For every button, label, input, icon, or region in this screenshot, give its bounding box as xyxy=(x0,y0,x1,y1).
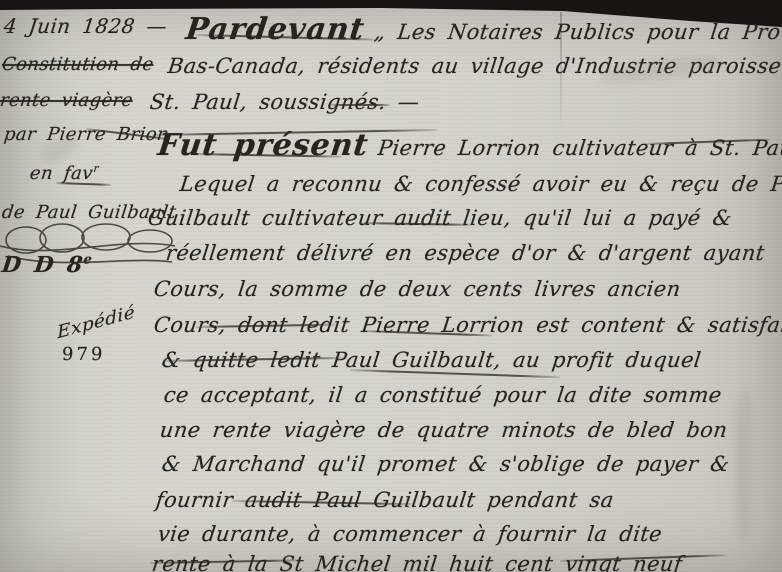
bleed-smudge xyxy=(736,390,752,540)
body-line-13: & Marchand qu'il promet & s'oblige de pa… xyxy=(161,452,731,476)
body-line-3: St. Paul, soussignés. — xyxy=(149,90,421,114)
body-line-5: Lequel a reconnu & confessé avoir eu & r… xyxy=(179,172,782,196)
margin-title-line2: rente viagère xyxy=(0,90,134,111)
margin-title-line1: Constitution de xyxy=(1,54,155,75)
manuscript-page: 4 Juin 1828 — Constitution de rente viag… xyxy=(0,0,782,572)
margin-notation-superscript: e xyxy=(82,253,93,268)
opening-word: Pardevant xyxy=(184,12,367,47)
margin-party-line2: en favr xyxy=(29,162,100,184)
body-line-12: une rente viagère de quatre minots de bl… xyxy=(159,418,729,442)
expedited-label: Expédié xyxy=(56,302,135,343)
body-line-1-text: „ Les Notaires Publics pour la Provine d… xyxy=(373,20,782,44)
folio-number: 979 xyxy=(62,344,106,365)
body-line-1: Pardevant„ Les Notaires Publics pour la … xyxy=(184,12,782,47)
body-line-15: vie durante, à commencer à fournir la di… xyxy=(157,522,664,546)
body-line-14: fournir audit Paul Guilbault pendant sa xyxy=(155,488,616,512)
body-line-11: ce acceptant, il a constitué pour la dit… xyxy=(163,383,724,407)
margin-party-abbrev: en fav xyxy=(29,163,95,184)
margin-date: 4 Juin 1828 — xyxy=(3,14,169,38)
margin-party-superscript: r xyxy=(93,162,100,175)
body-line-8: Cours, la somme de deux cents livres anc… xyxy=(153,277,683,301)
ink-flourish xyxy=(330,104,390,106)
margin-notation: D D 8e xyxy=(0,252,93,278)
body-line-7: réellement délivré en espèce d'or & d'ar… xyxy=(165,241,767,265)
ink-flourish xyxy=(56,182,111,186)
margin-notation-text: D D 8 xyxy=(0,252,84,278)
body-column: Pardevant„ Les Notaires Publics pour la … xyxy=(148,0,782,572)
body-line-6: Guilbault cultivateur audit lieu, qu'il … xyxy=(147,206,734,230)
